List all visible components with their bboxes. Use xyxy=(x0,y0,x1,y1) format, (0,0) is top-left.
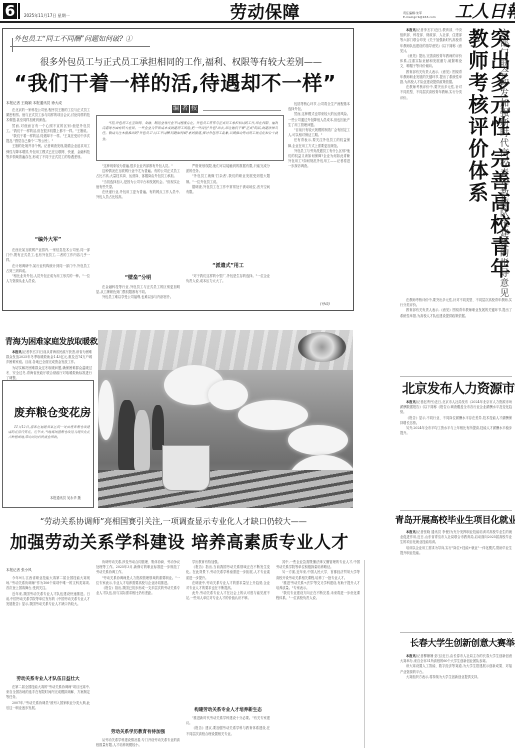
teacher-kicker: 六部门联合印发加强新时代高校青年教师队伍建设的指导意见 xyxy=(497,28,508,298)
teacher-article-body: 本报讯(记者李丕宇)近日,教育部、中央组织部、科技部、财政部、人社部、住建部等六… xyxy=(400,28,462,296)
paragraph: 近年来,我国劳动关系专业人才队伍建设快速推进。日前,中国劳动关系学院等单位发布的… xyxy=(6,592,90,608)
editor-note-char: 者 xyxy=(181,105,189,113)
beijing-salary-title: 北京发布人力资源市场薪酬数据报告 xyxy=(402,382,515,398)
paragraph: 任有青表示,要关注外包员工的权益保障,企业在用工方式上需要更加规范。 xyxy=(288,138,350,148)
feature-col-1: 在北京的一家科技公司里,程序员王刚的工位与正式员工紧密相邻。他与正式员工参与同样… xyxy=(6,108,90,201)
paragraph: 在西北某互联网产业园内,一家信息技术公司里,同一部门中,既有正式员工,也有外包员… xyxy=(6,248,90,264)
paragraph: 在教师考核评价中,要突出多元性,针对不同类型、不同层次高校青年教师,实行分类评价… xyxy=(400,85,462,101)
paragraph: 另一方面,近年来,中国人民大学、首都经济贸易大学等高校开设劳动关系相关课程,培养… xyxy=(276,570,360,580)
paragraph: 《报告》指出,当前我国劳动关系领域正在不断发生变化。在此背景下,劳动关系学科亟需… xyxy=(186,565,270,581)
paragraph: 在调查中,劳动关系专业人才的需求量呈上升趋势,企业对专业人才的要求也在不断提高。 xyxy=(186,581,270,591)
issue-date: 2025年11月17日 星期一 xyxy=(24,13,70,18)
granary-caption: 11月12日,游客在福建省某区的一处由废弃粮仓改建成的花房内赏花。近年来,当地将… xyxy=(8,425,90,485)
feature-col-3: 严格规划权限,他们可以接触到的数据有限,只能完成分派的任务。 "外包员工就像'打… xyxy=(186,164,270,261)
editor-note-rule xyxy=(203,110,281,111)
granary-title: 废弃粮仓变花房 xyxy=(14,406,91,420)
series-tag: 外包员工“同工不同酬”问题如何破? ① xyxy=(14,35,132,44)
paragraph: 外包员工难以享受公司福利,也难以参与内部晋升。 xyxy=(96,295,180,300)
paragraph: "我们干着一样的活,待遇却不一样。"王某在受访中多次提及,"感觉自己像个'二等公… xyxy=(6,134,90,144)
paragraph-text: (记者张晓 通讯员 李俊)为充分发挥职业技能培训对高校毕业生的就业促进作用,近日… xyxy=(400,530,512,544)
paragraph: 另外,2024年全市平均工资水平与上年相比有所提高,技能人才薪酬水平稳步提升。 xyxy=(400,426,512,436)
qingdao-title: 青岛开展高校毕业生项目化就业技能培训 xyxy=(395,515,515,527)
top-rule xyxy=(0,21,515,23)
feature-byline: 本报记者 王晓颖 本报通讯员 徐大成 xyxy=(6,101,62,106)
paragraph: 该大赛设置人工智能、数字经济等赛道,为大学生搭建展示创新成果、对接产业资源的平台… xyxy=(400,664,512,674)
bottom-headline: 加强劳动关系学科建设 培养高素质专业人才 xyxy=(10,532,349,554)
paragraph: 此外,劳动关系专业人才在社会上的认可度与能见度不足,一些用人单位对专业人才的价值… xyxy=(186,591,270,601)
paragraph-text: (记者柳姗姗 彭玉)近日,由长春市人社局主办的长春大学生创新创意大赛举办,来自全… xyxy=(400,654,512,663)
paper-logo: 工人日報 xyxy=(455,2,515,22)
lead-label: 本报讯 xyxy=(12,350,22,354)
orchid-cluster xyxy=(98,380,114,440)
changchun-title: 长春大学生创新创意大赛举办 xyxy=(410,638,515,650)
paragraph: "对于我们这样的小型厂,外包是生存的选择。"一位企业负责人说,成本压力太大了。 xyxy=(186,274,270,284)
article-divider xyxy=(400,376,512,377)
paragraph: 本报讯(记者赵秀丹)近日,北京市人社局发布《2024年北京市人力资源市场薪酬数据… xyxy=(400,400,512,416)
feature-col-2b: 在金融科技等行业,外包员工与正式员工的区别更加明显,从工牌颜色到门禁权限都有不同… xyxy=(96,285,180,309)
paragraph: 《报告》建议,要加强劳动关系学科与教育体系建设,在不同层次高校合理设置相关专业。 xyxy=(186,726,270,736)
bottom-col-3b: "推进新时代劳动关系学科建设十分必要。"有关专家建议。 《报告》建议,要加强劳动… xyxy=(186,716,270,748)
article-divider xyxy=(400,510,512,511)
qinghai-title: 青海为困难家庭发放取暖救助金 xyxy=(5,335,113,347)
editor-note-text: 当前,外包用工在互联网、金融、制造业等行业不同程度存在。外包员工常常与正式员工承… xyxy=(102,121,278,156)
paragraph: 11月12日,游客在福建省某区的一处由废弃粮仓改建成的花房内赏花。近年来,当地将… xyxy=(8,425,90,441)
paragraph: 《报告》显示,不同行业、不同岗位薪酬水平存在差异,技术技能人才薪酬保持增长态势。 xyxy=(400,416,512,426)
feature-col1-subhead: “编外大军” xyxy=(6,237,90,244)
feature-col-2: "这种现象较为普遍,很多企业内部都有外包人员。" 这种情况在互联网行业中尤为普遍… xyxy=(96,164,180,274)
editor-note-paragraph: 当前,外包用工在互联网、金融、制造业等行业不同程度存在。外包员工常常与正式员工承… xyxy=(102,121,278,142)
paragraph: 包括等核心环节,公司将全生产流程基本选择外包。 xyxy=(288,102,350,112)
paragraph: 在计划调研中,某行业机构统计到同一部门中,外包员工占到三到四成。 xyxy=(6,264,90,274)
paragraph: "劳动关系协调师是人力资源管理领域的重要职业。"一位专家表示,专业人才培养需要高… xyxy=(96,576,180,586)
paragraph: 《意见》提出,完善高校青年教师的评价体系,注重实际贡献和发展潜力,破除唯论文、唯… xyxy=(400,54,462,70)
paragraph: "当初选择加入,是因为公司平台和发展机会。"但现实让他有些失望。 xyxy=(96,180,180,190)
page-number: 6 xyxy=(3,3,17,19)
paragraph: 其中,一些企业急需既懂法律又懂管理的专业人才,中国劳动关系学院等单位积极探索培养… xyxy=(276,560,360,570)
bottom-col-2b: 从劳动关系学科建设情况看,专门开设劳动关系专业的高校数量有限,人才培养规模较小。 xyxy=(96,738,180,748)
paragraph: "推进'劳动关系+法学'等交叉学科建设,有助于提升人才培养质量。"专家表示。 xyxy=(276,581,360,591)
visitor xyxy=(134,410,150,470)
series-mark xyxy=(12,38,13,52)
visitor xyxy=(152,405,164,450)
paragraph: 为切实解决困难群众过冬取暖问题,确保困难群众温暖过冬、安全过冬,青海省民政厅联合… xyxy=(6,366,92,382)
paragraph: 外包员工与劳务派遣员工有什么区别?他们的权益又该如何保障?企业为何如此青睐外包用… xyxy=(288,149,350,170)
bottom-col-1b: 在第二届全国技能大赛的"劳动关系协调师"项目比赛中,来自全国各地的选手在有限时间… xyxy=(6,685,90,747)
flower-pot xyxy=(162,445,210,491)
paragraph: 教育部有关负责人表示,《意见》围绕青年教师职业发展的关键环节,提出了系统性举措,… xyxy=(400,308,512,318)
bottom-col-2: 协调劳动关系,涉及劳动合同管理、集体协商、劳动争议处理等工作。2025年3月,新… xyxy=(96,560,180,725)
page-number-bar xyxy=(18,3,20,19)
paragraph: 教育部有关负责人表示,《意见》围绕青年教师职业发展的关键环节,提出了系统性举措,… xyxy=(400,70,462,86)
photo-credit: 本报通讯员 吴永华 摄 xyxy=(50,496,81,501)
lead-label: 本报讯 xyxy=(406,530,416,534)
paragraph: "外包员工就像'打杂者',我们的职业发展受到很大限制。"一位外包员工说。 xyxy=(186,174,270,184)
article-divider xyxy=(400,632,512,633)
paragraph: 大赛组织方表示,将持续为大学生创新创业提供支持。 xyxy=(400,675,512,680)
paragraph: 严格规划权限,他们可以接触到的数据有限,只能完成分派的任务。 xyxy=(186,164,270,174)
paragraph: 然而,对他而言有一个心照不宣的区别:他是外包员工。"我们干一样的活,但在很多权限… xyxy=(6,124,90,134)
paragraph: "推进新时代劳动关系学科建设十分必要。"有关专家建议。 xyxy=(186,716,270,726)
lead-label: 本报讯 xyxy=(406,28,416,32)
beijing-salary-body: 本报讯(记者赵秀丹)近日,北京市人社局发布《2024年北京市人力资源市场薪酬数据… xyxy=(400,400,512,476)
bottom-col-3: 学历教育有待加强。 《报告》指出,当前我国劳动关系领域正在不断发生变化。在此背景… xyxy=(186,560,270,705)
paragraph: 本报讯(记者张晓 通讯员 李俊)为充分发挥职业技能培训对高校毕业生的就业促进作用… xyxy=(400,530,512,546)
editor-note-char: 按 xyxy=(190,105,198,113)
teacher-article-body-tail: 在教师考核评价中,要突出多元性,针对不同类型、不同层次高校青年教师,实行分类评价… xyxy=(400,298,512,342)
column-divider xyxy=(364,560,365,748)
paragraph: 本报讯(记者李丕宇)近日,教育部、中央组织部、科技部、财政部、人社部、住建部等六… xyxy=(400,28,462,54)
paragraph: "目前只有较大规模的制造厂会有固定工人,可以相对保证工期。" xyxy=(288,128,350,138)
bottom-byline: 本报记者 张小风 xyxy=(6,568,32,573)
paragraph: 在教师考核评价中,要突出多元性,针对不同类型、不同层次高校青年教师,实行分类评价… xyxy=(400,298,512,308)
series-underline xyxy=(10,46,150,47)
paragraph: 在第二届全国技能大赛的"劳动关系协调师"项目比赛中,来自全国各地的选手在有限时间… xyxy=(6,685,90,701)
paragraph: 在金融科技等行业,外包员工与正式员工的区别更加明显,从工牌颜色到门禁权限都有不同… xyxy=(96,285,180,295)
editor-note-label: 编 者 按 xyxy=(172,105,198,113)
paragraph: 今年9月,江西省职业技能大赛第二届全国技能大赛现场,"劳动关系协调师"作为106… xyxy=(6,576,90,592)
paragraph: 本报讯(记者李丕宇)日前从青海省民政厅获悉,该省为困难群众发放2025年冬季取暖… xyxy=(6,350,92,366)
bottom-col-4: 其中,一些企业急需既懂法律又懂管理的专业人才,中国劳动关系学院等单位积极探索培养… xyxy=(276,560,360,748)
paragraph: "相比业务外包,人员外包正成为用工形式的一种。"一位人力资源从业人员说。 xyxy=(6,274,90,284)
feature-col-3b: "对于我们这样的小型厂,外包是生存的选择。"一位企业负责人说,成本压力太大了。 xyxy=(186,274,270,309)
orchid-cluster xyxy=(208,380,248,410)
changchun-body: 本报讯(记者柳姗姗 彭玉)近日,由长春市人社局主办的长春大学生创新创意大赛举办,… xyxy=(400,654,512,746)
paragraph: 协调劳动关系,涉及劳动合同管理、集体协商、劳动争议处理等工作。2025年3月,新… xyxy=(96,560,180,576)
paragraph: 这种情况在互联网行业中尤为普遍。有的公司正式员工占比不高,大量技术岗、运营岗、客… xyxy=(96,169,180,179)
editor-info: 责任编辑:朱军 E-mail:grrb@163.com xyxy=(403,11,436,19)
paragraph: 在北京的一家科技公司里,程序员王刚的工位与正式员工紧密相邻。他与正式员工参与同样… xyxy=(6,108,90,124)
feature-col-1b: 在西北某互联网产业园内,一家信息技术公司里,同一部门中,既有正式员工,也有外包员… xyxy=(6,248,90,308)
section-title: 劳动保障 xyxy=(230,3,300,23)
orchid-cluster xyxy=(238,400,308,430)
paragraph: 王刚的处境并非个例。记者调查发现,随着企业追求用工弹性与降本增效,外包用工模式已… xyxy=(6,144,90,160)
paragraph: "我们专业建设方向正在不断完善,未来将进一步优化课程体系。"一位高校负责人说。 xyxy=(276,591,360,601)
feature-headline: “我们干着一样的活,待遇却不一样” xyxy=(14,70,336,96)
feature-col-4: 包括等核心环节,公司将全生产流程基本选择外包。 然而,这种模式也带来较大的运营风… xyxy=(288,102,350,302)
paragraph: 培训以企业用工需求为导向,实行"岗位+技能+就业"一体化模式,帮助毕业生提升职业… xyxy=(400,546,512,556)
paragraph: 在快递行业,外包用工更为普遍。有的网点工作人员中,外包人员占比较高。 xyxy=(96,190,180,200)
bottom-col-1: 今年9月,江西省职业技能大赛第二届全国技能大赛现场,"劳动关系协调师"作为106… xyxy=(6,576,90,632)
editor-note-char: 编 xyxy=(172,105,180,113)
paragraph: 2007年,"劳动关系协调员"被列入国家职业分类大典,此后这一职业逐步发展。 xyxy=(6,701,90,711)
lead-label: 本报讯 xyxy=(406,654,416,658)
paragraph: 从劳动关系学科建设情况看,专门开设劳动关系专业的高校数量有限,人才培养规模较小。 xyxy=(96,738,180,748)
orchid-photo xyxy=(98,330,353,508)
bottom-subhead: “劳动关系协调师”亮相国赛引关注,一项调查显示专业化人才缺口仍较大—— xyxy=(40,517,307,527)
qingdao-body: 本报讯(记者张晓 通讯员 李俊)为充分发挥职业技能培训对高校毕业生的就业促进作用… xyxy=(400,530,512,610)
feature-col3-subhead: “派遣式”用工 xyxy=(186,263,270,270)
display-bench xyxy=(98,470,353,508)
lead-label: 本报讯 xyxy=(406,400,416,404)
paragraph: 《报告》指出,我国已初步形成一支多层次的劳动关系专业人才队伍,但与实际需求相比仍… xyxy=(96,586,180,596)
bottom-col1-subhead: 劳动关系专业人才队伍日益壮大 xyxy=(6,676,90,683)
feature-col2-subhead: “壁垒”分明 xyxy=(96,275,180,282)
editor-note-box: 当前,外包用工在互联网、金融、制造业等行业不同程度存在。外包员工常常与正式员工承… xyxy=(96,115,284,161)
to-be-continued: (待续) xyxy=(320,302,330,307)
bottom-col3-subhead: 构建劳动关系专业人才培养新生态 xyxy=(186,707,270,714)
feature-subhead: 很多外包员工与正式员工承担相同的工作,福利、权限等有较大差别—— xyxy=(40,58,322,69)
paragraph: 然而,这种模式也带来较大的运营风险。一些公司通过外包降低人员成本,但也因此产生了… xyxy=(288,112,350,128)
orchid-cluster xyxy=(288,425,348,455)
bottom-col2-subhead: 劳动关系学历教育有待加强 xyxy=(96,729,180,736)
paragraph: 据调查,外包员工在工作中常常处于被动地位,晋升空间有限。 xyxy=(186,185,270,195)
ceiling-fan xyxy=(298,332,346,362)
paragraph: 本报讯(记者柳姗姗 彭玉)近日,由长春市人社局主办的长春大学生创新创意大赛举办,… xyxy=(400,654,512,664)
paragraph-text: (记者赵秀丹)近日,北京市人社局发布《2024年北京市人力资源市场薪酬数据报告》… xyxy=(400,400,512,414)
